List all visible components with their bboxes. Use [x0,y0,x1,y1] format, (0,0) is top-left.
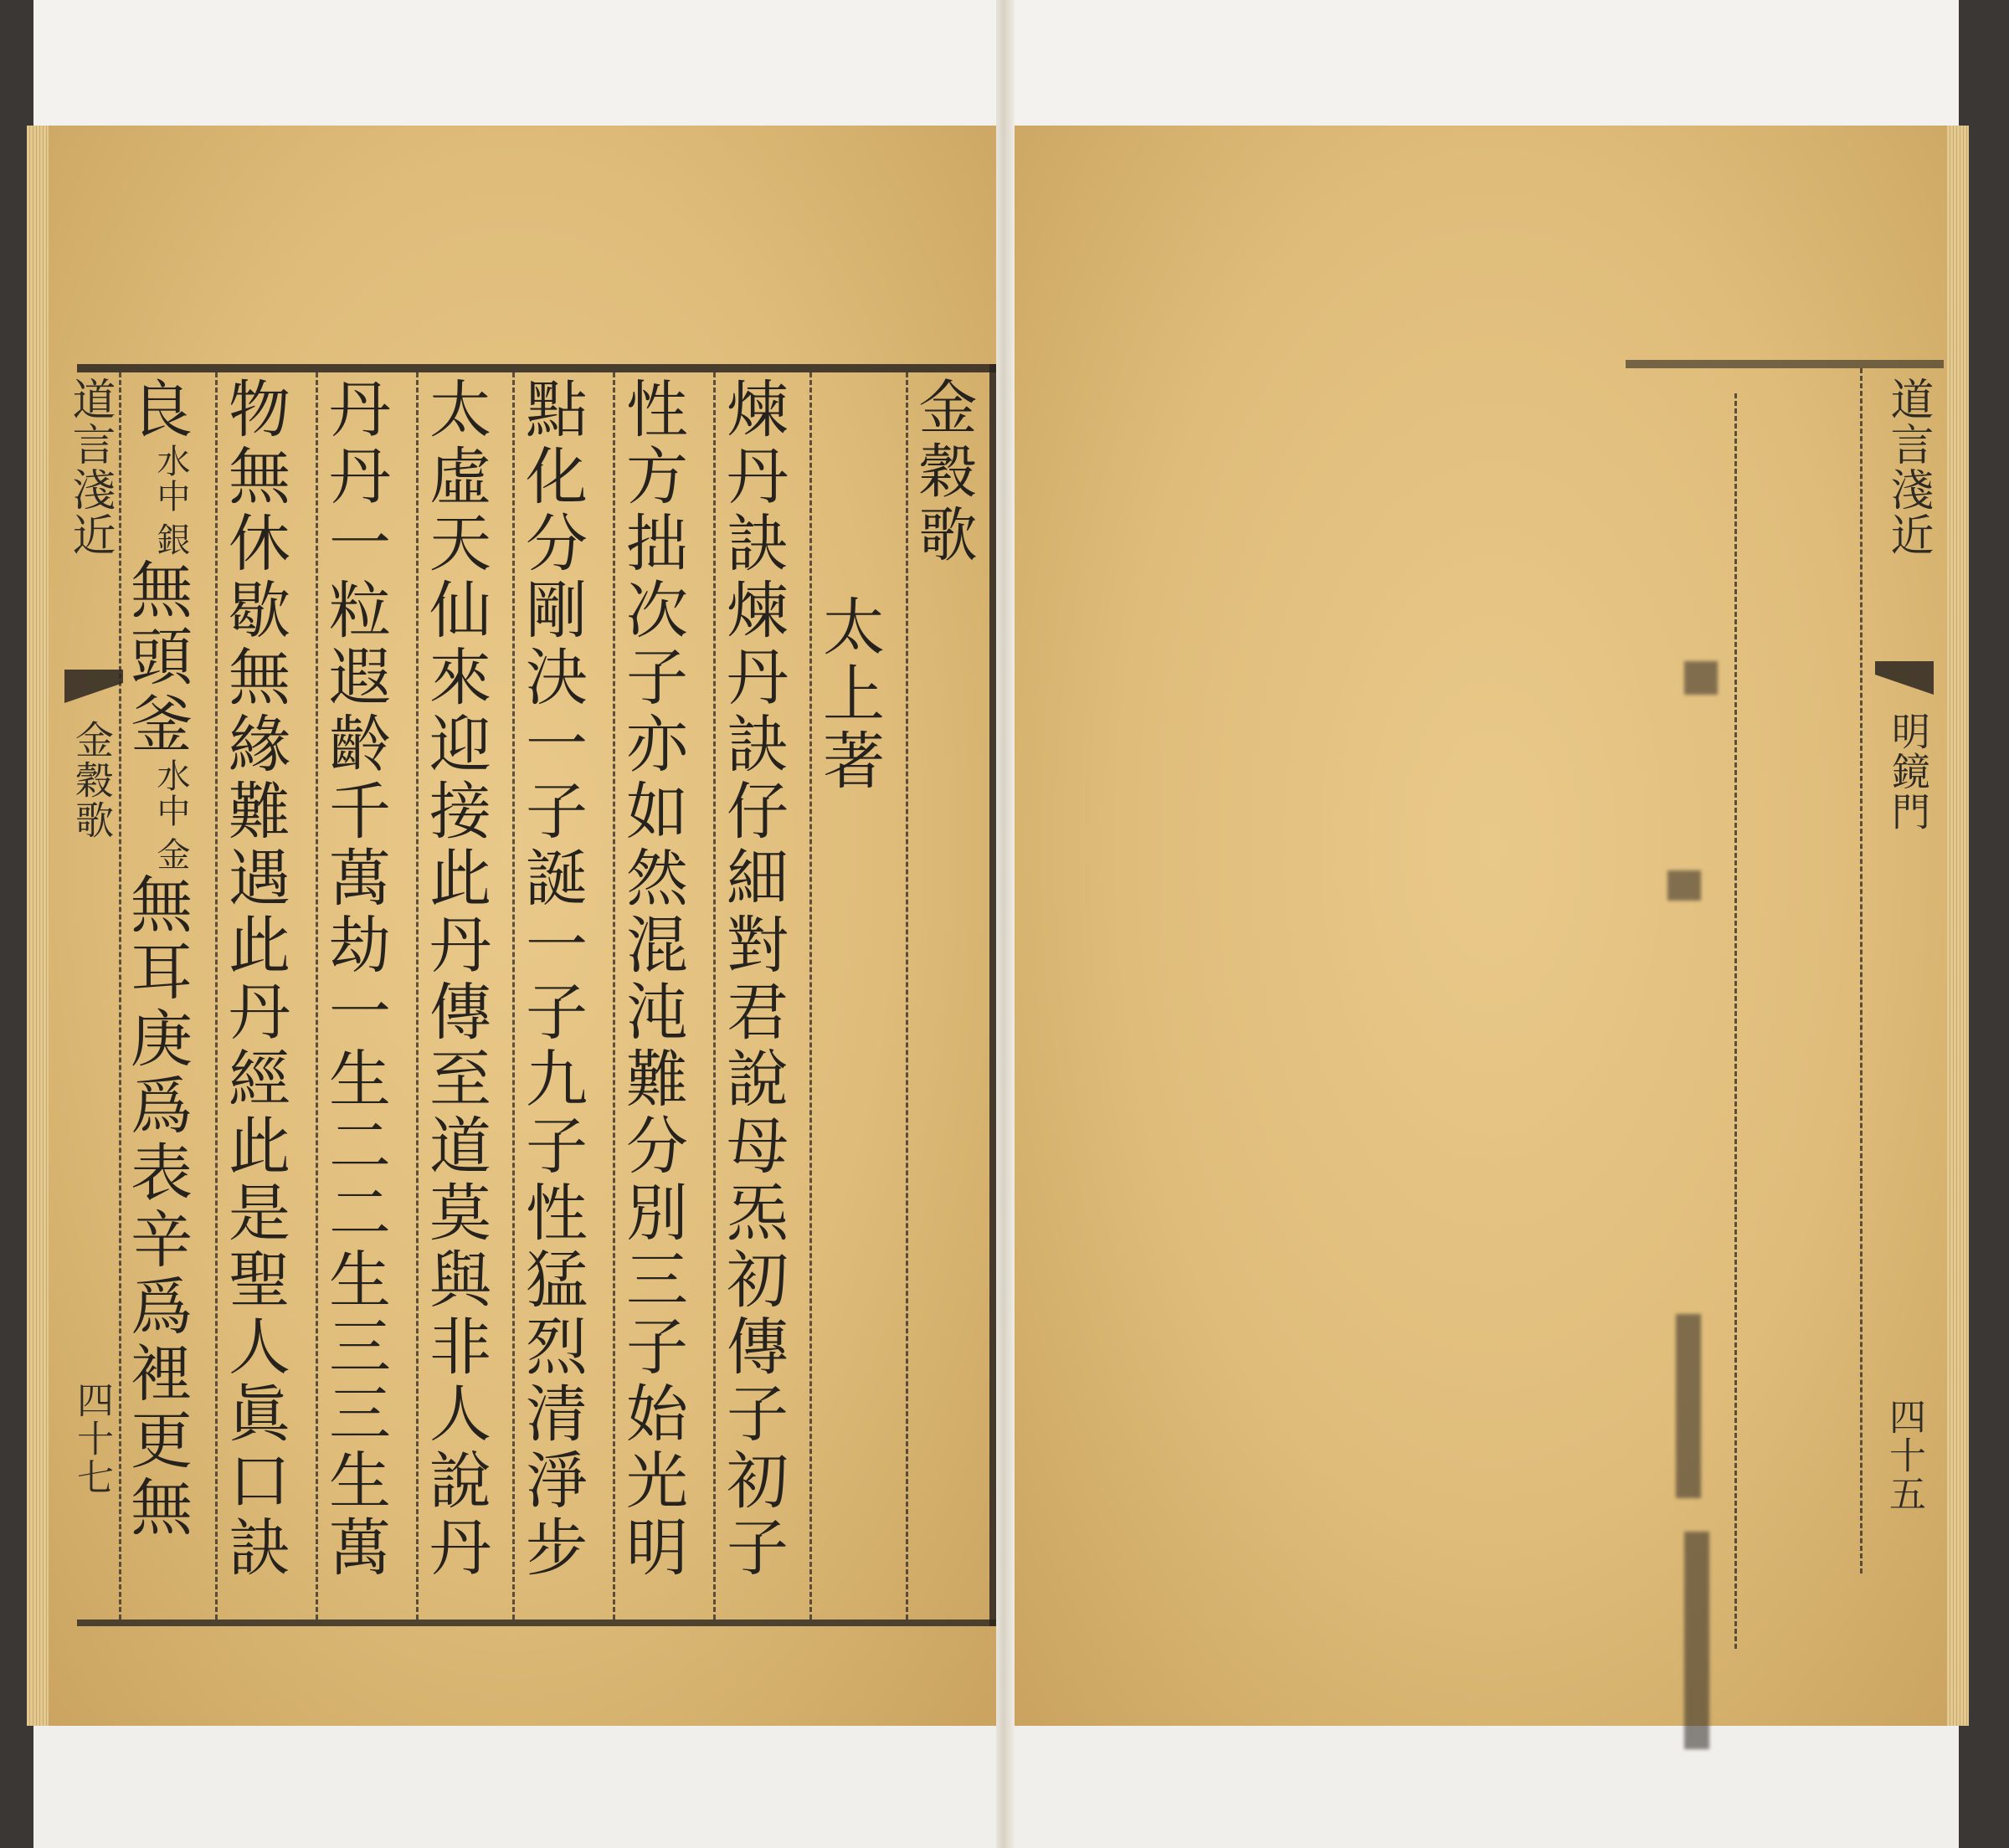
column-rule [809,372,812,1620]
margin-book-title: 道言淺近 [1877,377,1940,557]
fishtail-mark [64,670,123,703]
ink-bleed [1684,661,1718,695]
page-edge-stack [1947,126,1969,1726]
note-right: 水中 [154,758,188,829]
author-line: 太上著 [818,594,880,795]
note-left: 銀 [154,522,188,557]
text-column-1: 煉丹訣煉丹訣仔細對君說母炁初傳子初子 [722,377,784,1582]
text-column-5: 丹丹一粒遐齡千萬劫一生二二生三三生萬 [324,377,386,1582]
margin-section-title: 金穀歌 [64,720,120,840]
margin-section-title: 明鏡門 [1881,711,1936,832]
frame-top-border [77,364,1019,372]
column-rule [1734,393,1737,1649]
frame-top-border [1626,360,1944,368]
frame-bottom-border [77,1620,1019,1626]
note-right: 水中 [154,444,188,514]
left-page: 金穀歌 太上著 煉丹訣煉丹訣仔細對君說母炁初傳子初子 性方拙次子亦如然混沌難分別… [27,126,998,1726]
column-rule [215,372,218,1620]
column-rule [613,372,615,1620]
gutter [996,0,1015,1848]
chapter-title: 金穀歌 [914,377,973,567]
ink-bleed [1684,1532,1709,1749]
column-rule [713,372,716,1620]
note-left: 金 [154,837,188,872]
main-text: 良 [121,377,193,444]
ink-bleed [1676,1314,1701,1498]
right-page: 道言淺近 明鏡門 四十五 [1015,126,1969,1726]
text-column-4: 太虛天仙來迎接此丹傳至道莫與非人說丹 [424,377,486,1582]
text-column-6: 物無休歇無緣難遇此丹經此是聖人眞口訣 [224,377,285,1582]
fishtail-mark [1875,661,1934,695]
margin-page-number: 四十七 [64,1381,118,1496]
frame-right-border [989,364,996,1626]
text-column-7: 良水中銀無頭釜水中金無耳庚爲表辛爲裡更無 [126,377,188,1542]
ink-bleed [1667,870,1701,901]
column-rule [512,372,515,1620]
margin-book-title: 道言淺近 [59,377,121,557]
banxin-rule [1860,368,1863,1573]
page-edge-stack [27,126,49,1726]
text-column-2: 性方拙次子亦如然混沌難分別三子始光明 [621,377,683,1582]
column-rule [316,372,318,1620]
interlinear-note: 水中銀 [154,444,188,557]
interlinear-note: 水中金 [154,758,188,872]
column-rule [906,372,908,1620]
margin-page-number: 四十五 [1877,1398,1930,1513]
main-text: 無頭釜 [121,557,193,758]
column-rule [416,372,419,1620]
text-column-3: 點化分剛決一子誕一子九子性猛烈清淨步 [521,377,583,1582]
main-text: 無耳庚爲表辛爲裡更無 [121,872,193,1542]
